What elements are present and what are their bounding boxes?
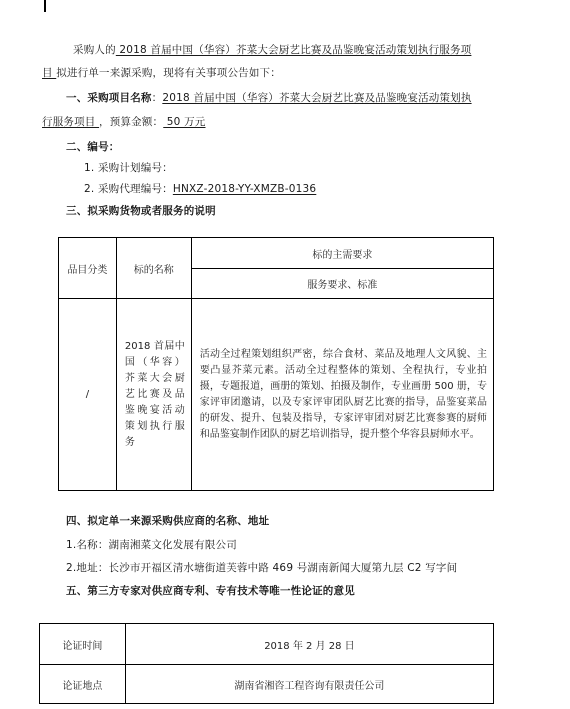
intro-line-1: 采购人的 2018 首届中国（华容）芥菜大会厨艺比赛及品鉴晚宴活动策划执行服务项	[73, 43, 471, 57]
section4-heading: 四、拟定单一来源采购供应商的名称、地址	[66, 514, 269, 528]
section1-name-part2: 行服务项目	[42, 116, 99, 128]
section1-line-1: 一、采购项目名称：2018 首届中国（华容）芥菜大会厨艺比赛及品鉴晚宴活动策划执	[66, 91, 472, 105]
row-description: 活动全过程策划组织严密，综合食材、菜品及地理人文风貌、主要凸显芥菜元素。活动全过…	[191, 299, 493, 491]
row-name: 2018 首届中国（华容）芥菜大会厨艺比赛及品鉴晚宴活动策划执行服务	[116, 299, 191, 491]
intro-line-2: 目 拟进行单一来源采购，现将有关事项公告如下：	[42, 66, 281, 80]
section1-heading: 一、采购项目名称	[66, 92, 152, 104]
verification-time-label: 论证时间	[40, 624, 126, 665]
intro-suffix: 拟进行单一来源采购，现将有关事项公告如下：	[56, 67, 281, 79]
section2-heading: 二、编号：	[66, 140, 120, 154]
goods-services-table: 品目分类 标的名称 标的主需要求 服务要求、标准 / 2018 首届中国（华容）…	[58, 237, 494, 491]
table-row: 论证地点 湖南省湘咨工程咨询有限责任公司	[40, 665, 494, 704]
verification-table: 论证时间 2018 年 2 月 28 日 论证地点 湖南省湘咨工程咨询有限责任公…	[39, 623, 494, 704]
intro-prefix: 采购人的	[73, 44, 116, 56]
section1-colon: ：	[152, 92, 163, 104]
agent-number-label: 2. 采购代理编号：	[84, 183, 173, 195]
verification-place-value: 湖南省湘咨工程咨询有限责任公司	[125, 665, 493, 704]
supplier-address: 2.地址：长沙市开福区清水塘街道芙蓉中路 469 号湖南新闻大厦第九层 C2 写…	[66, 561, 457, 575]
budget-label: ，预算金额：	[99, 116, 163, 128]
verification-time-value: 2018 年 2 月 28 日	[125, 624, 493, 665]
section3-heading: 三、拟采购货物或者服务的说明	[66, 204, 216, 218]
text-cursor	[44, 0, 46, 12]
table-row: 论证时间 2018 年 2 月 28 日	[40, 624, 494, 665]
header-name: 标的名称	[116, 238, 191, 299]
budget-value: 50 万元	[163, 116, 205, 128]
table-row: / 2018 首届中国（华容）芥菜大会厨艺比赛及品鉴晚宴活动策划执行服务 活动全…	[59, 299, 494, 491]
plan-number-label: 1. 采购计划编号：	[84, 161, 173, 175]
row-category: /	[59, 299, 117, 491]
section1-line-2: 行服务项目 ，预算金额： 50 万元	[42, 115, 206, 129]
header-category: 品目分类	[59, 238, 117, 299]
project-name-part1: 2018 首届中国（华容）芥菜大会厨艺比赛及品鉴晚宴活动策划执行服务项	[116, 44, 472, 56]
agent-number-value: HNXZ-2018-YY-XMZB-0136	[173, 183, 316, 195]
agent-number-line: 2. 采购代理编号：HNXZ-2018-YY-XMZB-0136	[84, 182, 316, 196]
header-main-requirements: 标的主需要求	[191, 238, 493, 269]
supplier-name: 1.名称：湖南湘菜文化发展有限公司	[66, 538, 237, 552]
project-name-part2: 目	[42, 67, 56, 79]
verification-place-label: 论证地点	[40, 665, 126, 704]
header-service-requirements: 服务要求、标准	[191, 269, 493, 299]
section5-heading: 五、第三方专家对供应商专利、专有技术等唯一性论证的意见	[66, 584, 355, 598]
section1-name-part1: 2018 首届中国（华容）芥菜大会厨艺比赛及品鉴晚宴活动策划执	[162, 92, 471, 104]
